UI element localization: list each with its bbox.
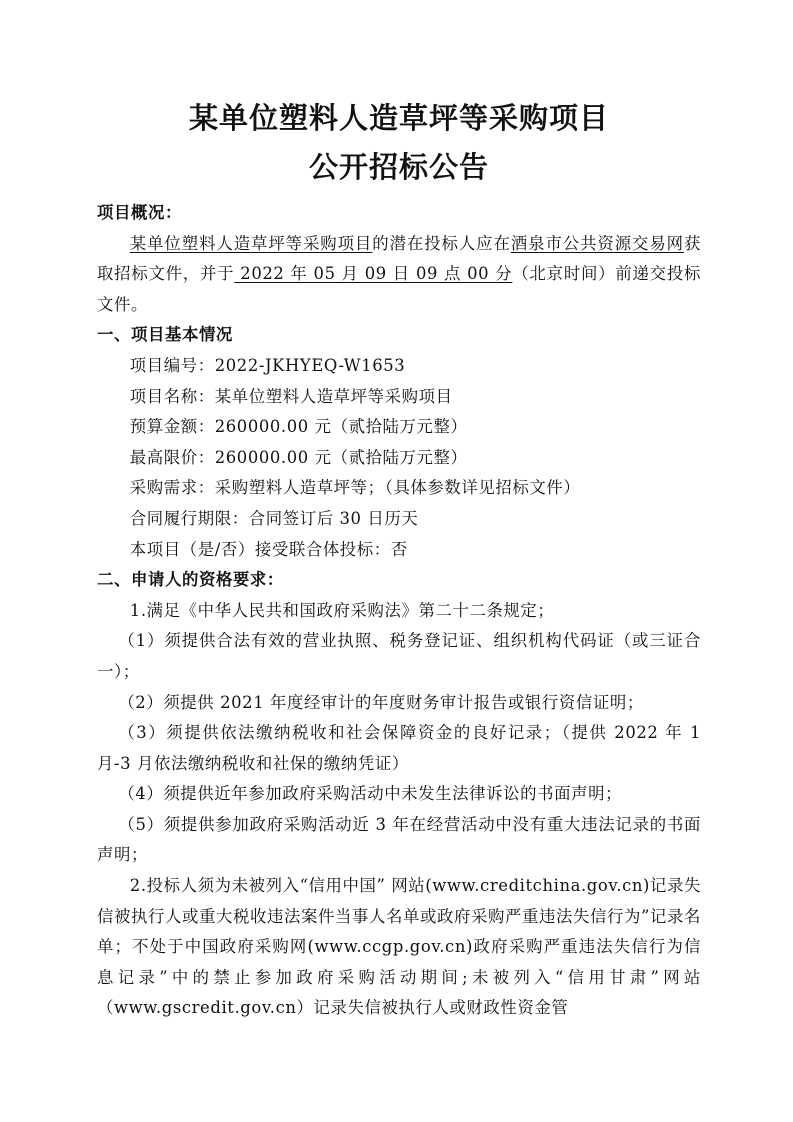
sub-requirement: （3）须提供依法缴纳税收和社会保障资金的良好记录；（提供 2022 年 1 月-… xyxy=(97,718,701,779)
joint-bid: 本项目（是/否）接受联合体投标：否 xyxy=(97,535,701,566)
requirement-1: 1.满足《中华人民共和国政府采购法》第二十二条规定； xyxy=(97,596,701,627)
project-name-link: 某单位塑料人造草坪等采购项目 xyxy=(130,234,372,253)
sub-requirement: （4）须提供近年参加政府采购活动中未发生法律诉讼的书面声明； xyxy=(97,779,701,810)
sub-requirement: （1）须提供合法有效的营业执照、税务登记证、组织机构代码证（或三证合一）； xyxy=(97,626,701,687)
document-subtitle: 公开招标公告 xyxy=(97,145,701,186)
sub-requirement: （2）须提供 2021 年度经审计的年度财务审计报告或银行资信证明； xyxy=(97,688,701,719)
platform-name: 酒泉市公共资源交易网 xyxy=(511,234,684,253)
overview-heading: 项目概况： xyxy=(97,198,701,229)
project-number: 项目编号：2022-JKHYEQ-W1653 xyxy=(97,351,701,382)
overview-text: 的潜在投标人应在 xyxy=(372,234,511,253)
contract-period: 合同履行期限：合同签订后 30 日历天 xyxy=(97,504,701,535)
sub-requirement: （5）须提供参加政府采购活动近 3 年在经营活动中没有重大违法记录的书面声明； xyxy=(97,810,701,871)
section2-heading: 二、申请人的资格要求： xyxy=(97,565,701,596)
document-body: 项目概况： 某单位塑料人造草坪等采购项目的潜在投标人应在酒泉市公共资源交易网获取… xyxy=(97,198,701,1024)
budget-amount: 预算金额：260000.00 元（贰拾陆万元整） xyxy=(97,412,701,443)
procurement-needs: 采购需求：采购塑料人造草坪等；（具体参数详见招标文件） xyxy=(97,473,701,504)
max-price: 最高限价：260000.00 元（贰拾陆万元整） xyxy=(97,443,701,474)
requirement-2: 2.投标人须为未被列入“信用中国” 网站(www.creditchina.gov… xyxy=(97,871,701,1024)
document-title: 某单位塑料人造草坪等采购项目 xyxy=(97,96,701,137)
overview-paragraph: 某单位塑料人造草坪等采购项目的潜在投标人应在酒泉市公共资源交易网获取招标文件，并… xyxy=(97,229,701,321)
project-title: 项目名称：某单位塑料人造草坪等采购项目 xyxy=(97,382,701,413)
section1-heading: 一、项目基本情况 xyxy=(97,320,701,351)
deadline: 2022 年 05 月 09 日 09 点 00 分 xyxy=(234,264,512,283)
